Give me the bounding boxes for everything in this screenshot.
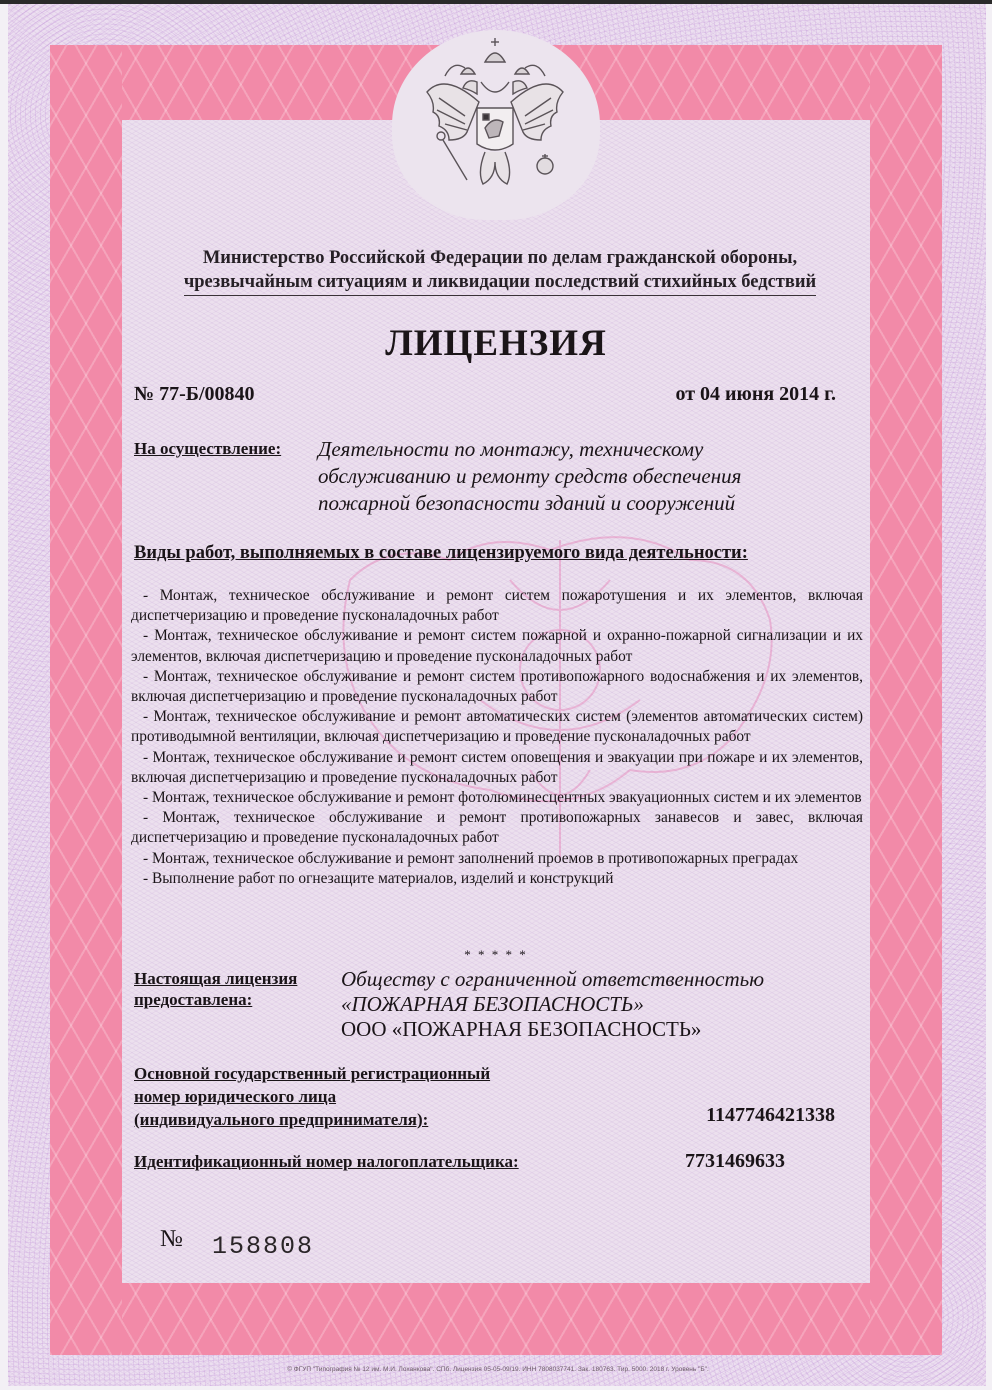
works-list: - Монтаж, техническое обслуживание и рем… xyxy=(131,586,863,889)
ogrn-label: Основной государственный регистрационный… xyxy=(134,1062,490,1131)
inn-value: 7731469633 xyxy=(685,1150,785,1173)
activity-label: На осуществление: xyxy=(134,439,281,459)
licensee-full-name-line-2: «ПОЖАРНАЯ БЕЗОПАСНОСТЬ» xyxy=(341,992,861,1017)
ogrn-label-line-3: (индивидуального предпринимателя): xyxy=(134,1108,490,1131)
ogrn-label-line-2: номер юридического лица xyxy=(134,1085,490,1108)
works-list-item: - Монтаж, техническое обслуживание и рем… xyxy=(131,808,863,848)
licensee-full-name-line-1: Обществу с ограниченной ответственностью xyxy=(341,967,861,992)
form-serial-sign: № xyxy=(160,1226,183,1253)
issuer-line-2: чрезвычайным ситуациям и ликвидации посл… xyxy=(184,270,816,296)
form-serial-number: 158808 xyxy=(212,1232,314,1261)
works-list-item: - Монтаж, техническое обслуживание и рем… xyxy=(131,586,863,626)
works-list-item: - Монтаж, техническое обслуживание и рем… xyxy=(131,626,863,666)
license-date: от 04 июня 2014 г. xyxy=(600,383,836,406)
works-list-item: - Монтаж, техническое обслуживание и рем… xyxy=(131,788,863,808)
license-number: № 77-Б/00840 xyxy=(134,383,255,406)
granted-label-line-1: Настоящая лицензия xyxy=(134,968,297,989)
activity-description: Деятельности по монтажу, техническому об… xyxy=(318,436,838,517)
russian-coat-of-arms-icon xyxy=(405,32,585,197)
granted-label-line-2: предоставлена: xyxy=(134,989,297,1010)
document-title: ЛИЦЕНЗИЯ xyxy=(300,322,692,365)
section-separator: * * * * * xyxy=(420,947,572,963)
licensee-short-name: ООО «ПОЖАРНАЯ БЕЗОПАСНОСТЬ» xyxy=(341,1017,861,1042)
issuing-authority: Министерство Российской Федерации по дел… xyxy=(140,246,860,296)
works-list-item: - Выполнение работ по огнезащите материа… xyxy=(131,869,863,889)
inn-label: Идентификационный номер налогоплательщик… xyxy=(134,1152,519,1172)
granted-to-label: Настоящая лицензия предоставлена: xyxy=(134,968,297,1010)
frame-band-left xyxy=(50,45,122,1355)
ogrn-value: 1147746421338 xyxy=(685,1104,835,1127)
frame-band-bottom xyxy=(50,1283,942,1355)
printer-imprint: © ФГУП "Типография № 12 им. М.И. Лоханко… xyxy=(228,1366,768,1373)
ogrn-label-line-1: Основной государственный регистрационный xyxy=(134,1062,490,1085)
licensee-name: Обществу с ограниченной ответственностью… xyxy=(341,967,861,1042)
works-list-item: - Монтаж, техническое обслуживание и рем… xyxy=(131,748,863,788)
works-list-item: - Монтаж, техническое обслуживание и рем… xyxy=(131,849,863,869)
works-list-item: - Монтаж, техническое обслуживание и рем… xyxy=(131,707,863,747)
issuer-line-1: Министерство Российской Федерации по дел… xyxy=(140,246,860,270)
works-list-item: - Монтаж, техническое обслуживание и рем… xyxy=(131,667,863,707)
works-heading: Виды работ, выполняемых в составе лиценз… xyxy=(134,543,748,564)
frame-band-right xyxy=(870,45,942,1355)
